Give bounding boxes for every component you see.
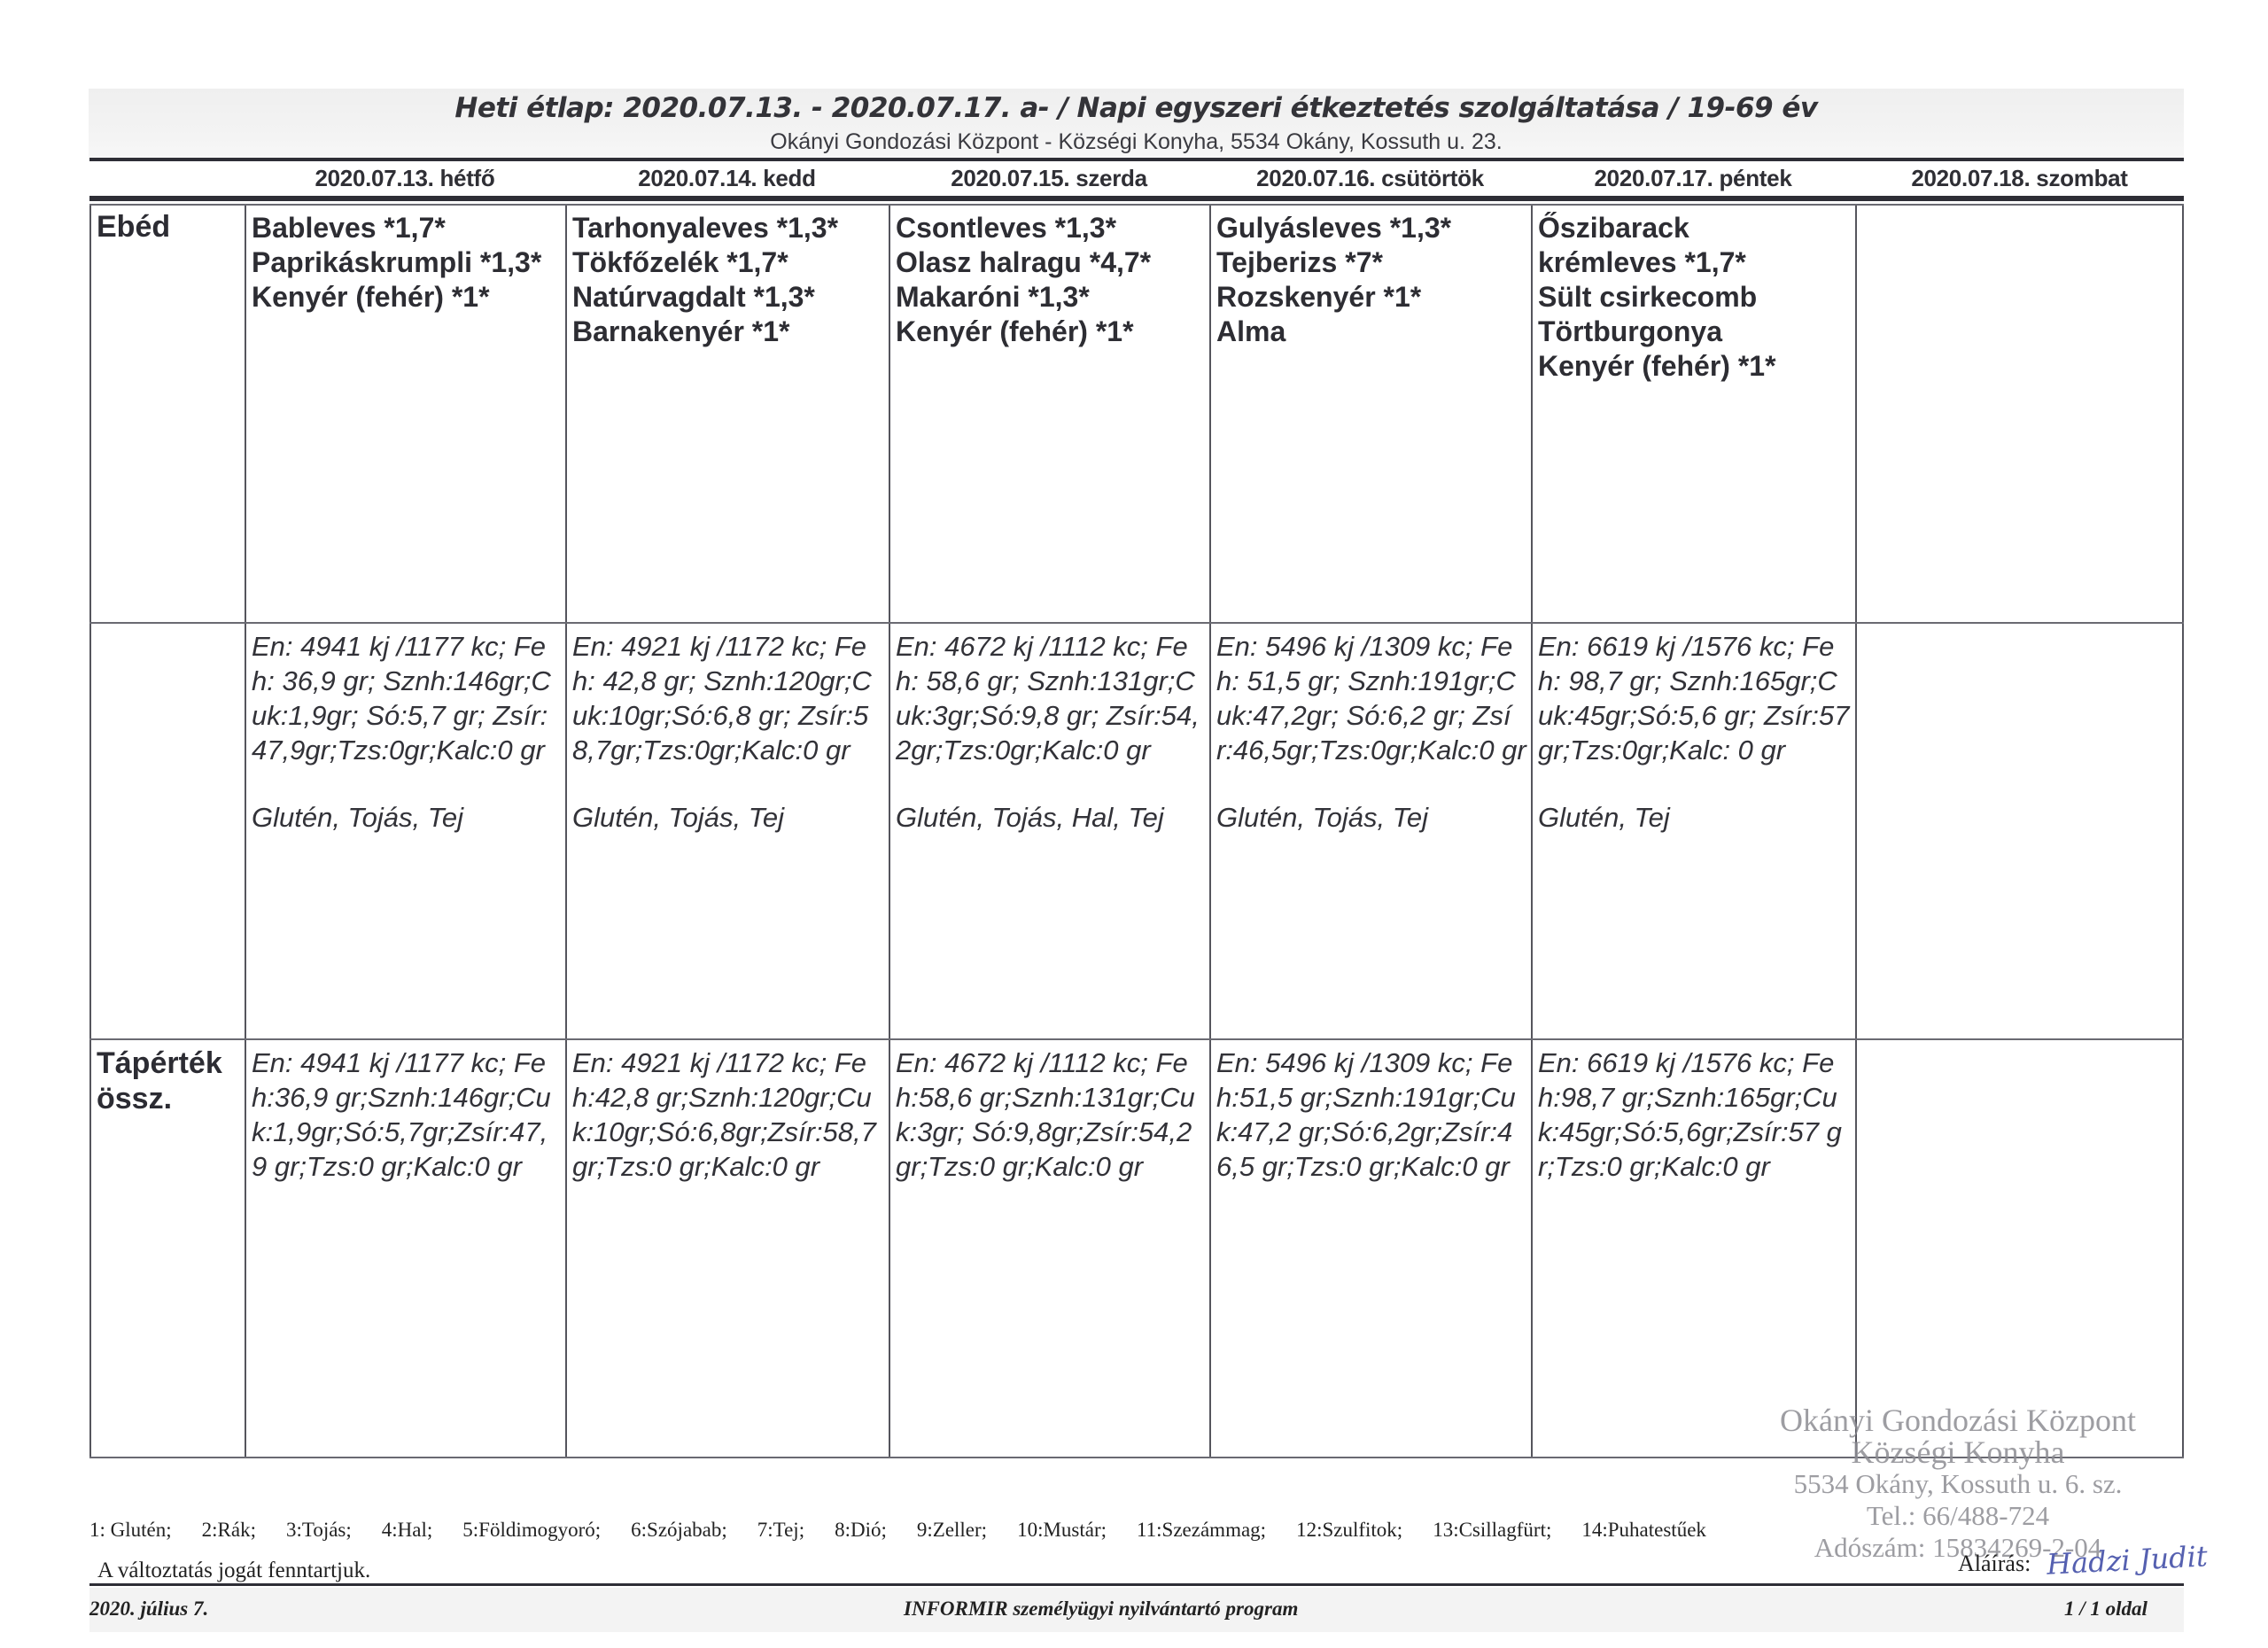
legend-item: 4:Hal; bbox=[382, 1519, 433, 1542]
dishes-friday: Őszibarack krémleves *1,7* Sült csirkeco… bbox=[1533, 206, 1855, 384]
day-header-monday: 2020.07.13. hétfő bbox=[245, 165, 565, 193]
legend-item: 2:Rák; bbox=[202, 1519, 256, 1542]
stamp-line: Községi Konyha bbox=[1728, 1436, 2188, 1468]
nutrition-tuesday: En: 4921 kj /1172 kc; Feh: 42,8 gr; Sznh… bbox=[567, 624, 889, 834]
stamp-line: 5534 Okány, Kossuth u. 6. sz. bbox=[1728, 1468, 2188, 1500]
dishes-monday: Bableves *1,7* Paprikáskrumpli *1,3* Ken… bbox=[246, 206, 565, 315]
nutrition-wednesday: En: 4672 kj /1112 kc; Feh: 58,6 gr; Sznh… bbox=[890, 624, 1209, 834]
legend-item: 13:Csillagfürt; bbox=[1433, 1519, 1551, 1542]
dishes-wednesday: Csontleves *1,3* Olasz halragu *4,7* Mak… bbox=[890, 206, 1209, 349]
legend-item: 6:Szójabab; bbox=[631, 1519, 727, 1542]
nutrition-thursday: En: 5496 kj /1309 kc; Feh: 51,5 gr; Sznh… bbox=[1211, 624, 1531, 834]
legend-item: 10:Mustár; bbox=[1017, 1519, 1107, 1542]
allergen-legend: 1: Glutén; 2:Rák; 3:Tojás; 4:Hal; 5:Föld… bbox=[89, 1519, 1950, 1542]
dishes-tuesday: Tarhonyaleves *1,3* Tökfőzelék *1,7* Nat… bbox=[567, 206, 889, 349]
signature-label: Aláírás: bbox=[1958, 1551, 2031, 1577]
allergen-list: Glutén, Tojás, Tej bbox=[252, 802, 562, 834]
summary-tuesday: En: 4921 kj /1172 kc; Feh:42,8 gr;Sznh:1… bbox=[567, 1040, 889, 1184]
nutrition-values: En: 4921 kj /1172 kc; Feh: 42,8 gr; Sznh… bbox=[572, 629, 885, 767]
nutrition-values: En: 5496 kj /1309 kc; Feh: 51,5 gr; Sznh… bbox=[1216, 629, 1527, 767]
summary-monday: En: 4941 kj /1177 kc; Feh:36,9 gr;Sznh:1… bbox=[246, 1040, 565, 1184]
legend-item: 3:Tojás; bbox=[286, 1519, 352, 1542]
legend-item: 5:Földimogyoró; bbox=[462, 1519, 601, 1542]
day-header-saturday: 2020.07.18. szombat bbox=[1855, 165, 2184, 193]
dishes-saturday bbox=[1857, 206, 2182, 211]
table-border-left bbox=[89, 204, 91, 1458]
header-bottom-rule bbox=[89, 196, 2184, 201]
menu-table: Ebéd Tápérték össz. Bableves *1,7* Papri… bbox=[89, 204, 2184, 1458]
nutrition-values: En: 4941 kj /1177 kc; Feh: 36,9 gr; Sznh… bbox=[252, 629, 562, 767]
allergen-list: Glutén, Tojás, Hal, Tej bbox=[896, 802, 1206, 834]
footer-page-number: 1 / 1 oldal bbox=[2064, 1597, 2148, 1621]
document-title: Heti étlap: 2020.07.13. - 2020.07.17. a-… bbox=[89, 92, 2184, 124]
allergen-list: Glutén, Tej bbox=[1538, 802, 1852, 834]
legend-item: 7:Tej; bbox=[757, 1519, 804, 1542]
legend-item: 8:Dió; bbox=[835, 1519, 887, 1542]
row-label-lunch: Ebéd bbox=[91, 204, 245, 245]
stamp-line: Okányi Gondozási Központ bbox=[1728, 1404, 2188, 1436]
row-label-summary: Tápérték össz. bbox=[91, 1040, 245, 1116]
disclaimer-note: A változtatás jogát fenntartjuk. bbox=[97, 1559, 370, 1583]
footer-date: 2020. július 7. bbox=[89, 1597, 208, 1621]
legend-item: 11:Szezámmag; bbox=[1137, 1519, 1266, 1542]
summary-wednesday: En: 4672 kj /1112 kc; Feh:58,6 gr;Sznh:1… bbox=[890, 1040, 1209, 1184]
nutrition-saturday bbox=[1857, 624, 2182, 664]
footer-program: INFORMIR személyügyi nyilvántartó progra… bbox=[904, 1597, 1298, 1621]
nutrition-monday: En: 4941 kj /1177 kc; Feh: 36,9 gr; Sznh… bbox=[246, 624, 565, 834]
day-header-tuesday: 2020.07.14. kedd bbox=[565, 165, 889, 193]
nutrition-friday: En: 6619 kj /1576 kc; Feh: 98,7 gr; Sznh… bbox=[1533, 624, 1855, 834]
legend-item: 12:Szulfitok; bbox=[1296, 1519, 1402, 1542]
footer-rule bbox=[89, 1583, 2184, 1586]
nutrition-values: En: 6619 kj /1576 kc; Feh: 98,7 gr; Sznh… bbox=[1538, 629, 1852, 767]
column-divider bbox=[1855, 204, 1857, 1458]
day-header-friday: 2020.07.17. péntek bbox=[1531, 165, 1855, 193]
document-subtitle: Okányi Gondozási Központ - Községi Konyh… bbox=[89, 129, 2184, 155]
legend-item: 1: Glutén; bbox=[89, 1519, 172, 1542]
summary-saturday bbox=[1857, 1040, 2182, 1046]
allergen-list: Glutén, Tojás, Tej bbox=[1216, 802, 1527, 834]
day-header-thursday: 2020.07.16. csütörtök bbox=[1209, 165, 1531, 193]
legend-item: 14:Puhatestűek bbox=[1581, 1519, 1706, 1542]
day-header-wednesday: 2020.07.15. szerda bbox=[889, 165, 1209, 193]
allergen-list: Glutén, Tojás, Tej bbox=[572, 802, 885, 834]
summary-thursday: En: 5496 kj /1309 kc; Feh:51,5 gr;Sznh:1… bbox=[1211, 1040, 1531, 1184]
header-top-rule bbox=[89, 158, 2184, 161]
nutrition-values: En: 4672 kj /1112 kc; Feh: 58,6 gr; Sznh… bbox=[896, 629, 1206, 767]
dishes-thursday: Gulyásleves *1,3* Tejberizs *7* Rozskeny… bbox=[1211, 206, 1531, 349]
summary-friday: En: 6619 kj /1576 kc; Feh:98,7 gr;Sznh:1… bbox=[1533, 1040, 1855, 1184]
handwritten-signature: Hadzi Judit bbox=[2046, 1539, 2208, 1581]
legend-item: 9:Zeller; bbox=[917, 1519, 987, 1542]
table-border-right bbox=[2182, 204, 2184, 1458]
